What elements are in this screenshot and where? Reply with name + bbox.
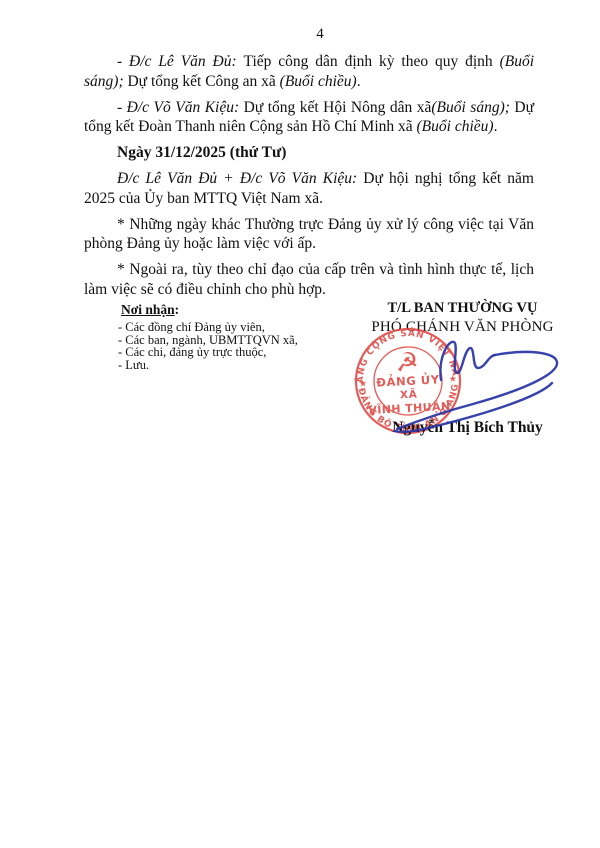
text-run: Đ/c Lê Văn Đủ + Đ/c Võ Văn Kiệu: [117,170,363,187]
text-run: * Ngoài ra, tùy theo chỉ đạo của cấp trê… [84,261,534,298]
signature-stroke [397,352,557,429]
recipients-title-colon: : [175,302,180,317]
paragraph-note-other-days: * Những ngày khác Thường trực Đảng ủy xử… [84,215,534,254]
star-icon: ★ [359,379,368,389]
recipient-item: - Lưu. [118,359,298,372]
paragraph-joint-meeting: Đ/c Lê Văn Đủ + Đ/c Võ Văn Kiệu: Dự hội … [84,169,534,208]
paragraph-date-heading: Ngày 31/12/2025 (thứ Tư) [84,143,534,163]
text-run: (Buổi sáng); [431,99,514,116]
text-run: (Buổi chiều) [280,73,357,90]
paragraph-note-adjustment: * Ngoài ra, tùy theo chỉ đạo của cấp trê… [84,260,534,299]
text-run: - Đ/c Võ Văn Kiệu: [117,99,244,116]
recipients-block: Nơi nhận: - Các đồng chí Đảng ủy viên, -… [118,304,298,372]
recipients-title-text: Nơi nhận [121,302,175,317]
handwritten-signature [375,328,575,443]
signature-stroke [395,383,552,432]
text-run: * Những ngày khác Thường trực Đảng ủy xử… [84,216,534,253]
recipient-item: - Các đồng chí Đảng ủy viên, [118,321,298,334]
signature-stroke [440,342,495,380]
text-run: (Buổi chiều) [417,118,494,135]
document-body: - Đ/c Lê Văn Đủ: Tiếp công dân định kỳ t… [84,52,534,306]
text-run: . [494,118,498,135]
text-run: Ngày 31/12/2025 (thứ Tư) [117,144,286,161]
text-run: . [357,73,361,90]
paragraph-schedule-le-van-du: - Đ/c Lê Văn Đủ: Tiếp công dân định kỳ t… [84,52,534,91]
page-number: 4 [40,26,600,43]
text-run: Tiếp công dân định kỳ theo quy định [244,53,500,70]
text-run: Dự tổng kết Hội Nông dân xã [244,99,432,116]
text-run: Dự tổng kết Công an xã [127,73,279,90]
paragraph-schedule-vo-van-kieu: - Đ/c Võ Văn Kiệu: Dự tổng kết Hội Nông … [84,98,534,137]
recipients-title: Nơi nhận: [121,304,298,317]
document-page: 4 - Đ/c Lê Văn Đủ: Tiếp công dân định kỳ… [0,0,600,848]
text-run: - Đ/c Lê Văn Đủ: [117,53,244,70]
